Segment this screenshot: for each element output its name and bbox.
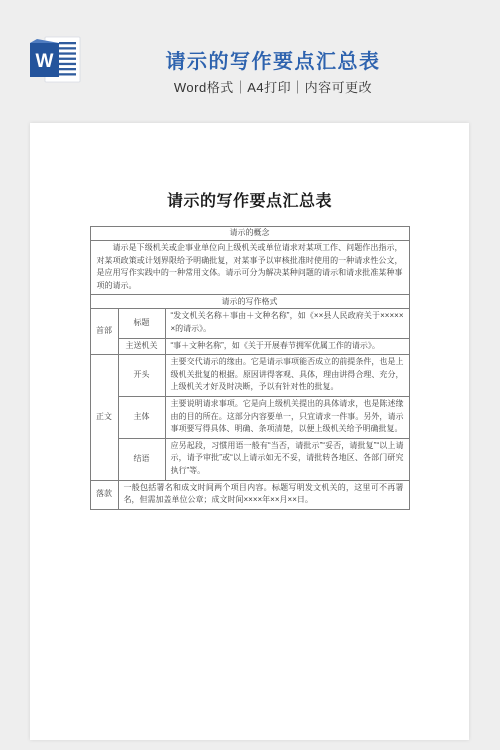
document-title: 请示的写作要点汇总表 xyxy=(30,188,469,211)
document-page: 请示的写作要点汇总表 请示的概念 请示是下级机关或企事业单位向上级机关或单位请求… xyxy=(30,123,469,740)
part-cell-kaitou: 开头 xyxy=(118,355,165,397)
part-cell-biaoti: 标题 xyxy=(118,309,165,338)
table-row: 结语 应另起段，习惯用语一般有“当否，请批示”“妥否，请批复”“以上请示，请予审… xyxy=(90,438,409,480)
desc-cell-biaoti: “发文机关名称＋事由＋文种名称”，如《××县人民政府关于××××××的请示》。 xyxy=(165,309,409,338)
section-header-format: 请示的写作格式 xyxy=(90,295,409,309)
table-row: 请示是下级机关或企事业单位向上级机关或单位请求对某项工作、问题作出指示，对某项政… xyxy=(90,241,409,295)
desc-cell-kaitou: 主要交代请示的缘由。它是请示事项能否成立的前提条件，也是上级机关批复的根据。原因… xyxy=(165,355,409,397)
page-title: 请示的写作要点汇总表 xyxy=(0,45,500,74)
table-row: 主体 主要说明请求事项。它是向上级机关提出的具体请求，也是陈述缘由的目的所在。这… xyxy=(90,396,409,438)
table-row: 首部 标题 “发文机关名称＋事由＋文种名称”，如《××县人民政府关于××××××… xyxy=(90,309,409,338)
summary-table: 请示的概念 请示是下级机关或企事业单位向上级机关或单位请求对某项工作、问题作出指… xyxy=(90,226,410,510)
section-header-concept: 请示的概念 xyxy=(90,227,409,241)
table-row: 请示的写作格式 xyxy=(90,295,409,309)
part-cell-zhusongjiguan: 主送机关 xyxy=(118,338,165,355)
footer-desc-cell: 一般包括署名和成文时间两个项目内容。标题写明发文机关的，这里可不再署名，但需加盖… xyxy=(118,480,409,509)
group-cell-zhengwen: 正文 xyxy=(90,355,118,480)
app-header: W 请示的写作要点汇总表 Word格式｜A4打印｜内容可更改 xyxy=(0,0,500,118)
part-cell-jieyu: 结语 xyxy=(118,438,165,480)
desc-cell-zhuti: 主要说明请求事项。它是向上级机关提出的具体请求，也是陈述缘由的目的所在。这部分内… xyxy=(165,396,409,438)
concept-cell: 请示是下级机关或企事业单位向上级机关或单位请求对某项工作、问题作出指示，对某项政… xyxy=(90,241,409,295)
desc-cell-zhusongjiguan: “事＋文种名称”，如《关于开展春节拥军优属工作的请示》。 xyxy=(165,338,409,355)
table-row: 主送机关 “事＋文种名称”，如《关于开展春节拥军优属工作的请示》。 xyxy=(90,338,409,355)
footer-label-cell: 落款 xyxy=(90,480,118,509)
table-row: 落款 一般包括署名和成文时间两个项目内容。标题写明发文机关的，这里可不再署名，但… xyxy=(90,480,409,509)
table-row: 请示的概念 xyxy=(90,227,409,241)
desc-cell-jieyu: 应另起段，习惯用语一般有“当否，请批示”“妥否，请批复”“以上请示，请予审批”或… xyxy=(165,438,409,480)
group-cell-shoubu: 首部 xyxy=(90,309,118,355)
table-row: 正文 开头 主要交代请示的缘由。它是请示事项能否成立的前提条件，也是上级机关批复… xyxy=(90,355,409,397)
format-info: Word格式｜A4打印｜内容可更改 xyxy=(0,77,500,96)
part-cell-zhuti: 主体 xyxy=(118,396,165,438)
